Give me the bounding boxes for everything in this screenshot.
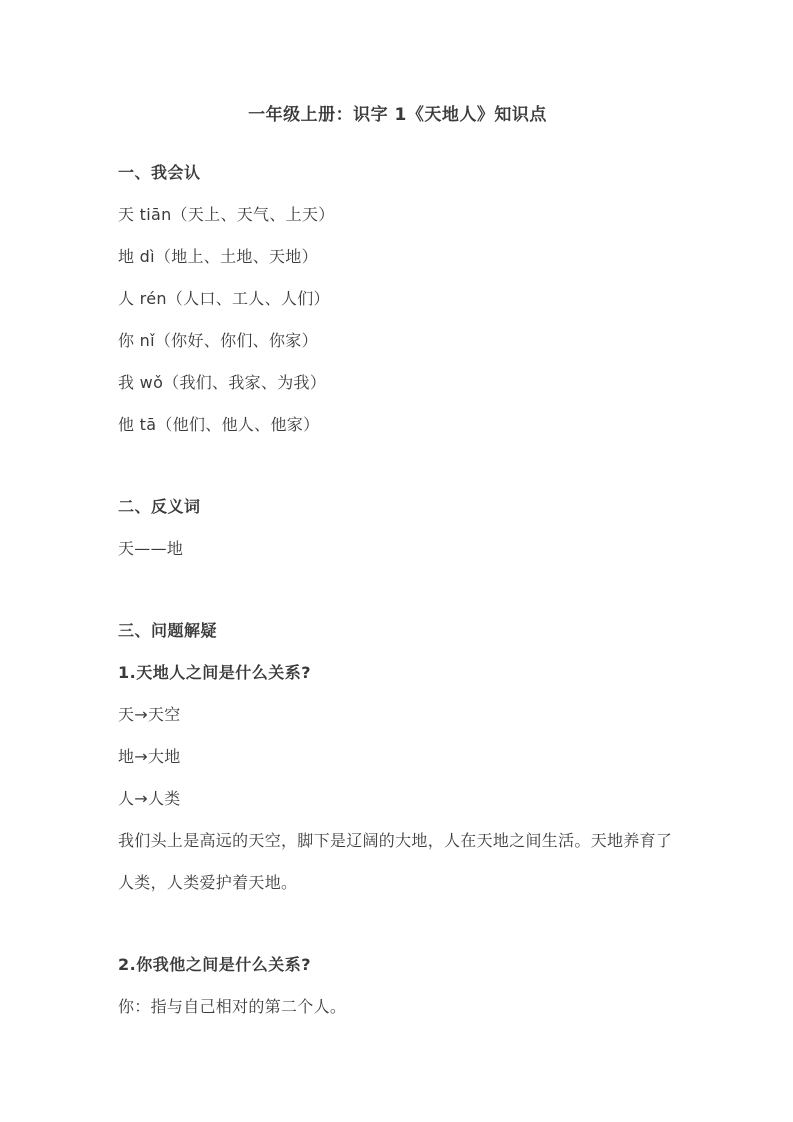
word-entry-di: 地 dì（地上、土地、天地）	[118, 236, 677, 278]
answer-2-line-ni: 你：指与自己相对的第二个人。	[118, 986, 677, 1028]
word-entry-ni: 你 nǐ（你好、你们、你家）	[118, 320, 677, 362]
document-title: 一年级上册：识字 1《天地人》知识点	[118, 94, 677, 136]
question-1: 1.天地人之间是什么关系?	[118, 652, 677, 694]
word-entry-ren: 人 rén（人口、工人、人们）	[118, 278, 677, 320]
section-antonyms: 二、反义词 天——地	[118, 486, 677, 570]
document-page: 一年级上册：识字 1《天地人》知识点 一、我会认 天 tiān（天上、天气、上天…	[0, 0, 793, 1122]
word-entry-tian: 天 tiān（天上、天气、上天）	[118, 194, 677, 236]
question-2: 2.你我他之间是什么关系?	[118, 944, 677, 986]
section-i-can-recognize: 一、我会认 天 tiān（天上、天气、上天） 地 dì（地上、土地、天地） 人 …	[118, 152, 677, 446]
section-heading-antonyms: 二、反义词	[118, 486, 677, 528]
section-heading-questions: 三、问题解疑	[118, 610, 677, 652]
section-heading-recognize: 一、我会认	[118, 152, 677, 194]
answer-1-line-di: 地→大地	[118, 736, 677, 778]
antonym-pair: 天——地	[118, 528, 677, 570]
word-entry-wo: 我 wǒ（我们、我家、为我）	[118, 362, 677, 404]
answer-1-line-tian: 天→天空	[118, 694, 677, 736]
word-entry-ta: 他 tā（他们、他人、他家）	[118, 404, 677, 446]
answer-1-paragraph: 我们头上是高远的天空，脚下是辽阔的大地，人在天地之间生活。天地养育了人类，人类爱…	[118, 820, 677, 904]
section-question-answers: 三、问题解疑 1.天地人之间是什么关系? 天→天空 地→大地 人→人类 我们头上…	[118, 610, 677, 1028]
answer-1-line-ren: 人→人类	[118, 778, 677, 820]
